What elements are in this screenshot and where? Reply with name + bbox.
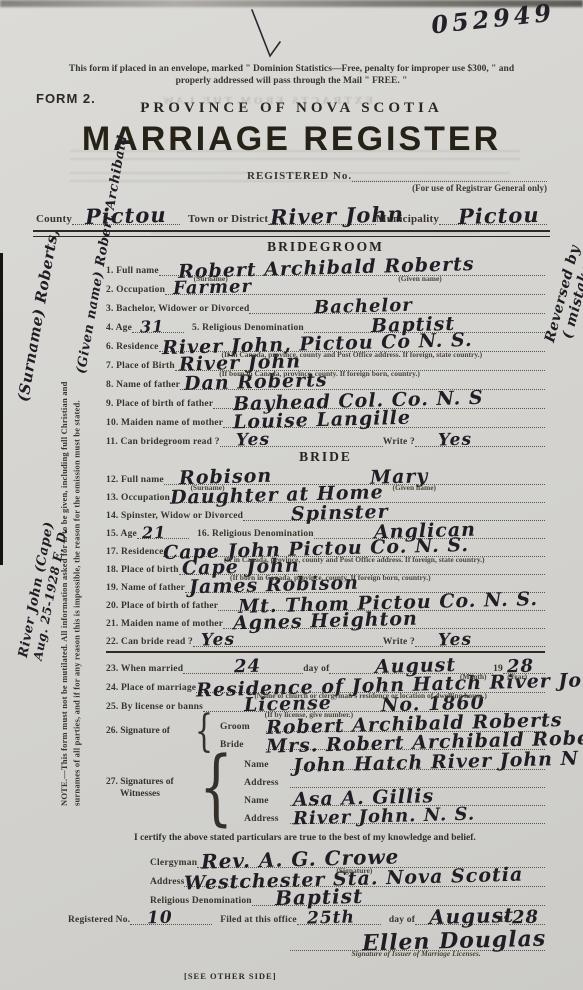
witnesses-label: 27. Signatures of Witnesses (106, 776, 190, 801)
margin-surname-annotation: (Surname) Roberts, (14, 228, 63, 404)
read-value: Yes (236, 429, 271, 450)
write-field: Yes (415, 428, 545, 447)
birthplace-label: 7. Place of Birth (106, 361, 175, 371)
clergyman-label: Clergyman (150, 858, 197, 868)
ink-bleed-through (70, 150, 520, 160)
clergyman-address-field: Westchester Sta. Nova Scotia (184, 868, 545, 887)
registered-no-value: 10 (146, 908, 172, 929)
write-label: Write ? (383, 637, 415, 647)
signature-of-group: 26. Signature of { Groom Robert Archibal… (106, 712, 545, 752)
occupation-field: Farmer (165, 276, 545, 295)
field-row-license: 25. By license or banns License No. 1860… (106, 693, 545, 712)
father-birthplace-label: 9. Place of birth of father (106, 399, 213, 409)
county-field: Pictou (72, 199, 180, 225)
bride-signature-field: Mrs. Robert Archibald Roberts (266, 732, 545, 750)
field-row-residence-bride: 17. Residence Cape John Pictou Co. N. S.… (106, 539, 545, 557)
town-field: River John (268, 199, 376, 225)
witness1-name-field: John Hatch River John N S (290, 752, 545, 770)
status-label: 14. Spinster, Widow or Divorced (106, 511, 243, 521)
witness2-address-field: River John. N. S. (290, 806, 545, 824)
filed-day-field: 25th (297, 906, 381, 925)
witnesses-group: 27. Signatures of Witnesses { Name John … (106, 751, 545, 825)
occupation-value: Farmer (172, 276, 251, 299)
witness2-name-row: Name Asa A. Gillis (244, 788, 545, 806)
day-of-label: day of (303, 664, 329, 674)
brace: { (199, 751, 233, 825)
residence-field: River John, Pictou Co N. S. (If in Canad… (159, 333, 545, 352)
age-field: 21 (137, 521, 189, 539)
mother-label: 10. Maiden name of mother (106, 418, 223, 428)
filed-month-value: August (428, 903, 514, 929)
full-name-field: Robert Archibald Roberts (Surname) (Give… (159, 257, 545, 276)
residence-field: Cape John Pictou Co. N. S. (If in Canada… (163, 539, 545, 557)
witnesses-label-line1: 27. Signatures of (106, 777, 174, 787)
municipality-field: Pictou (439, 199, 547, 225)
registered-label: Registered No. (68, 915, 130, 925)
occupation-label: 13. Occupation (106, 493, 170, 503)
residence-label: 6. Residence (106, 342, 159, 352)
age-label: 4. Age (106, 323, 132, 333)
scan-left-edge-mark (0, 253, 3, 565)
father-label: 8. Name of father (106, 380, 180, 390)
write-value: Yes (438, 629, 473, 650)
see-other-side-note: [SEE OTHER SIDE] (106, 971, 545, 981)
filed-year-field: 28 (509, 906, 545, 925)
mail-notice: This form if placed in an envelope, mark… (42, 64, 542, 88)
witness2-name-field: Asa A. Gillis (290, 788, 545, 806)
registered-no-field (352, 167, 547, 182)
registered-no-field: 10 (130, 906, 212, 925)
full-name-label: 12. Full name (106, 475, 164, 485)
section-rule (106, 651, 545, 653)
witness2-address: River John. N. S. (292, 804, 475, 830)
father-birthplace-label: 20. Place of birth of father (106, 601, 218, 611)
margin-note-line2: surnames of all parties, and if for any … (70, 228, 82, 806)
age-label: 15. Age (106, 529, 137, 539)
write-value: Yes (438, 429, 473, 450)
mail-notice-line2: properly addressed will pass through the… (42, 76, 542, 88)
read-label: 11. Can bridegroom read ? (106, 437, 220, 447)
witness2-address-row: Address River John. N. S. (244, 806, 545, 824)
bridegroom-heading: BRIDEGROOM (106, 239, 545, 257)
margin-note-printed: NOTE.—This form must not be mutilated. A… (58, 228, 83, 806)
field-row-place-of-marriage: 24. Place of marriage Residence of John … (106, 674, 545, 693)
form-number: FORM 2. (36, 91, 96, 106)
address-label: Address (244, 778, 290, 788)
clergyman-religion: Baptist (275, 884, 364, 910)
status-label: 3. Bachelor, Widower or Divorced (106, 304, 249, 314)
day-value: 24 (233, 655, 261, 677)
town-value: River John (270, 201, 404, 229)
license-label: 25. By license or banns (106, 702, 203, 712)
write-field: Yes (415, 629, 545, 647)
registered-filed-row: Registered No. 10 Filed at this office 2… (68, 906, 545, 925)
occupation-field: Daughter at Home (170, 485, 545, 503)
read-label: 22. Can bride read ? (106, 637, 193, 647)
municipality-value: Pictou (458, 202, 540, 229)
issuer-signature: Ellen Douglas (361, 926, 546, 957)
margin-reversed-annotation: Reversed by ( mistake (542, 244, 583, 349)
read-value: Yes (200, 629, 235, 650)
status-field: Bachelor (249, 295, 545, 314)
write-label: Write ? (383, 437, 415, 447)
day-field: 24 (183, 655, 303, 674)
birthplace-field: River John (If born in Canada, province,… (175, 352, 545, 371)
residence-label: 17. Residence (106, 547, 163, 557)
mother-value: Agnes Heighton (233, 607, 418, 634)
religion-label: 16. Religious Denomination (197, 529, 314, 539)
age-value: 31 (140, 316, 165, 336)
mail-notice-line1: This form if placed in an envelope, mark… (42, 64, 542, 76)
address-label: Address (244, 814, 290, 824)
license-value: License (244, 692, 332, 716)
town-label: Town or District (188, 213, 268, 225)
county-label: County (36, 213, 72, 225)
mother-field: Agnes Heighton (223, 611, 545, 629)
religion-label: 5. Religious Denomination (192, 323, 304, 333)
field-row-father-birthplace-groom: 9. Place of birth of father Bayhead Col.… (106, 390, 545, 409)
margin-note-line1: NOTE.—This form must not be mutilated. A… (58, 228, 70, 806)
month-field: August (Month) (329, 655, 493, 674)
address-label: Address (150, 877, 184, 887)
registrar-only-caption: (For use of Registrar General only) (0, 183, 547, 193)
religion-label: Religious Denomination (150, 896, 252, 906)
name-label: Name (244, 760, 290, 770)
age-field: 31 (132, 314, 184, 333)
field-row-full-name-groom: 1. Full name Robert Archibald Roberts (S… (106, 257, 545, 276)
field-row-occupation-bride: 13. Occupation Daughter at Home (106, 485, 545, 503)
filed-month-field: August (415, 906, 499, 925)
full-name-label: 1. Full name (106, 266, 159, 276)
age-value: 21 (142, 522, 167, 542)
field-row-when-married: 23. When married 24 day of August (Month… (106, 655, 545, 674)
filed-day-value: 25th (307, 908, 355, 929)
filed-label: Filed at this office (220, 915, 297, 925)
birthplace-label: 18. Place of birth (106, 565, 179, 575)
occupation-label: 2. Occupation (106, 285, 165, 295)
field-row-mother-groom: 10. Maiden name of mother Louise Langill… (106, 409, 545, 428)
margin-surname-text: (Surname) Roberts, (14, 228, 62, 404)
father-field: Dan Roberts (180, 371, 545, 390)
pen-arrow-mark (246, 8, 290, 68)
bride-heading: BRIDE (106, 449, 545, 467)
bleed-through-title: EXTRACTS FROM THE LAW (160, 95, 373, 107)
mother-field: Louise Langille (223, 409, 545, 428)
name-label: Name (244, 796, 290, 806)
mother-label: 21. Maiden name of mother (106, 619, 223, 629)
issuer-signature-row: Ellen Douglas Signature of Issuer of Mar… (106, 929, 545, 951)
issuer-signature-field: Ellen Douglas Signature of Issuer of Mar… (290, 929, 545, 951)
father-label: 19. Name of father (106, 583, 185, 593)
birthplace-field: Cape John (If born in Canada, province, … (179, 557, 545, 575)
when-married-label: 23. When married (106, 664, 183, 674)
day-of-label: day of (389, 915, 415, 925)
signature-of-label: 26. Signature of (106, 725, 190, 737)
father-birthplace-field: Bayhead Col. Co. N. S (213, 390, 545, 409)
groom-label: Groom (220, 722, 266, 732)
field-row-father-birthplace-bride: 20. Place of birth of father Mt. Thom Pi… (106, 593, 545, 611)
place-of-marriage-label: 24. Place of marriage (106, 683, 196, 693)
field-row-status-groom: 3. Bachelor, Widower or Divorced Bachelo… (106, 295, 545, 314)
field-row-mother-bride: 21. Maiden name of mother Agnes Heighton (106, 611, 545, 629)
witnesses-label-line2: Witnesses (106, 789, 160, 799)
field-row-residence-groom: 6. Residence River John, Pictou Co N. S.… (106, 333, 545, 352)
